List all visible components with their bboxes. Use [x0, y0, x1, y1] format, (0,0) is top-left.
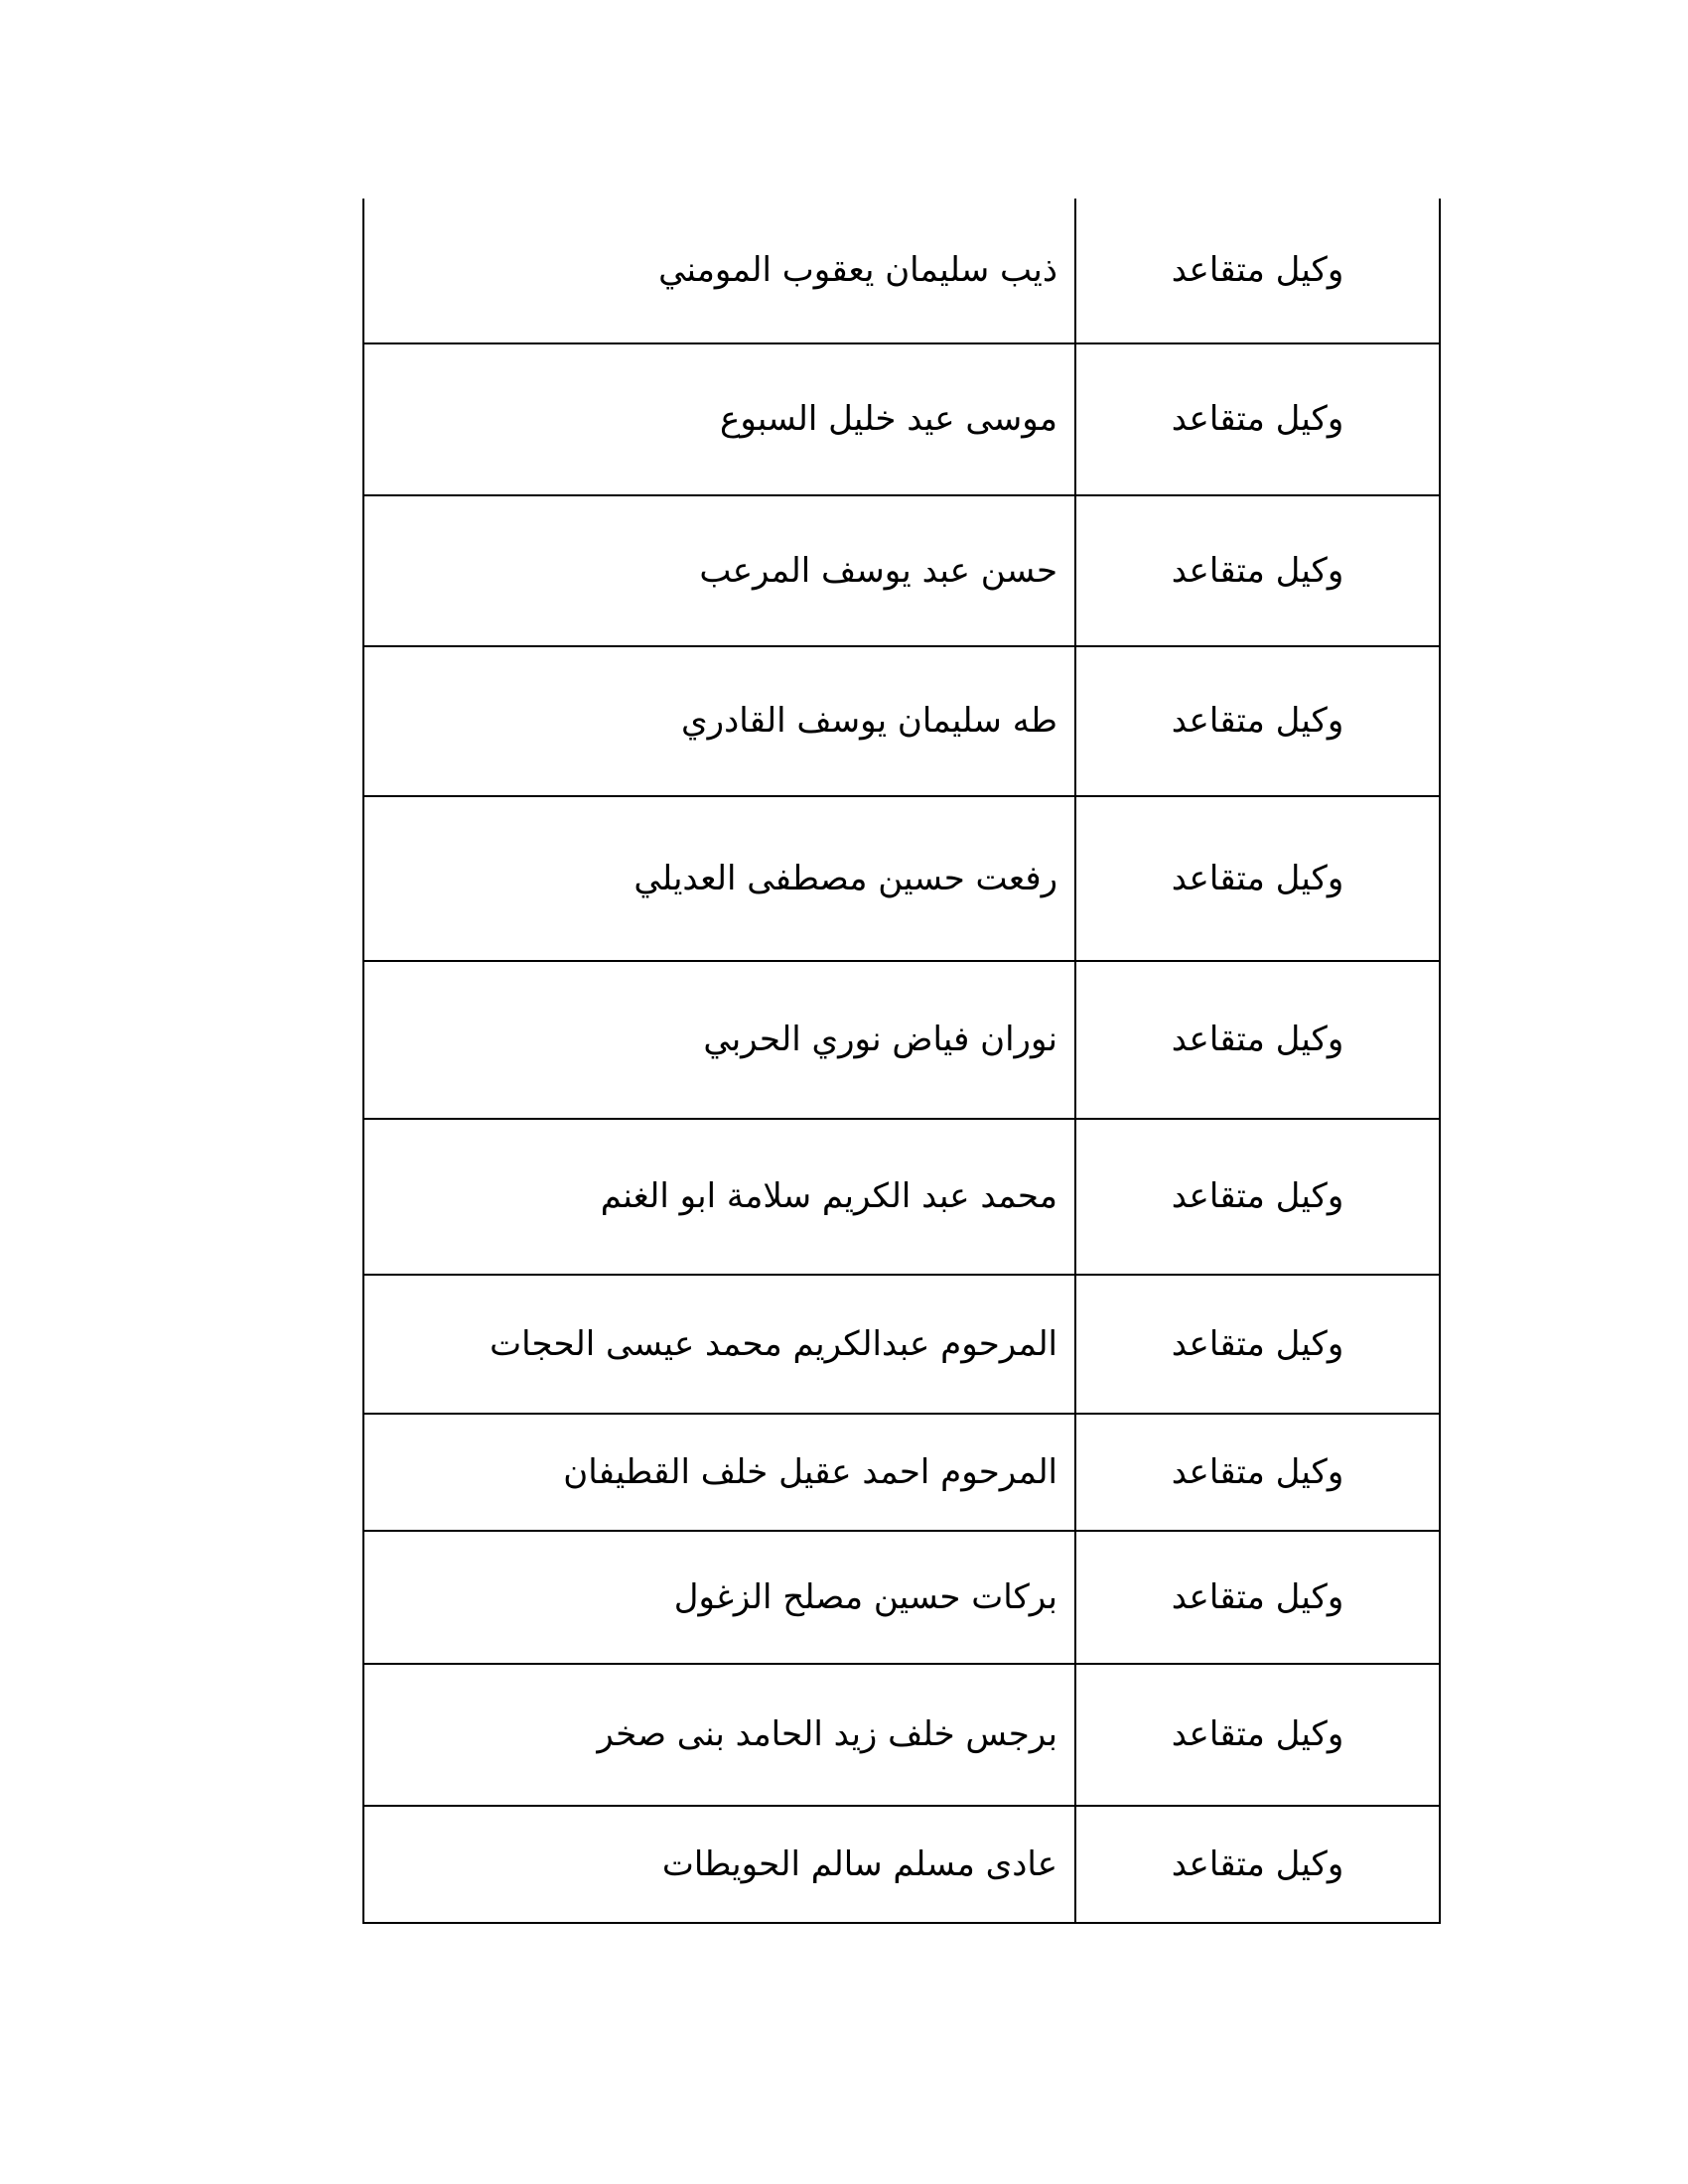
- person-name: المرحوم احمد عقيل خلف القطيفان: [563, 1451, 1057, 1494]
- rank-cell: وكيل متقاعد: [1076, 1415, 1439, 1530]
- rank-cell: وكيل متقاعد: [1076, 199, 1439, 342]
- person-name: حسن عبد يوسف المرعب: [699, 550, 1057, 593]
- person-name: المرحوم عبدالكريم محمد عيسى الحجات: [490, 1323, 1057, 1366]
- name-cell: نوران فياض نوري الحربي: [364, 962, 1076, 1118]
- table-row: رفعت حسين مصطفى العديلي وكيل متقاعد: [364, 797, 1439, 962]
- name-cell: ذيب سليمان يعقوب المومني: [364, 199, 1076, 342]
- rank-cell: وكيل متقاعد: [1076, 344, 1439, 494]
- rank-label: وكيل متقاعد: [1172, 1576, 1344, 1619]
- name-cell: طه سليمان يوسف القادري: [364, 647, 1076, 795]
- rank-cell: وكيل متقاعد: [1076, 647, 1439, 795]
- rank-label: وكيل متقاعد: [1172, 1175, 1344, 1218]
- rank-label: وكيل متقاعد: [1172, 1843, 1344, 1886]
- rank-label: وكيل متقاعد: [1172, 550, 1344, 593]
- person-name: طه سليمان يوسف القادري: [681, 700, 1057, 743]
- rank-cell: وكيل متقاعد: [1076, 962, 1439, 1118]
- person-name: عادى مسلم سالم الحويطات: [662, 1843, 1057, 1886]
- person-name: برجس خلف زيد الحامد بنى صخر: [597, 1713, 1057, 1756]
- rank-cell: وكيل متقاعد: [1076, 1532, 1439, 1663]
- person-name: رفعت حسين مصطفى العديلي: [633, 858, 1057, 900]
- rank-label: وكيل متقاعد: [1172, 1323, 1344, 1366]
- table-row: بركات حسين مصلح الزغول وكيل متقاعد: [364, 1532, 1439, 1665]
- rank-cell: وكيل متقاعد: [1076, 496, 1439, 645]
- person-name: بركات حسين مصلح الزغول: [674, 1576, 1057, 1619]
- rank-cell: وكيل متقاعد: [1076, 1276, 1439, 1413]
- rank-label: وكيل متقاعد: [1172, 1451, 1344, 1494]
- document-page: ذيب سليمان يعقوب المومني وكيل متقاعد موس…: [0, 0, 1688, 2184]
- rank-label: وكيل متقاعد: [1172, 700, 1344, 743]
- table-row: طه سليمان يوسف القادري وكيل متقاعد: [364, 647, 1439, 797]
- rank-cell: وكيل متقاعد: [1076, 797, 1439, 960]
- rank-label: وكيل متقاعد: [1172, 398, 1344, 441]
- rank-cell: وكيل متقاعد: [1076, 1665, 1439, 1805]
- table-row: موسى عيد خليل السبوع وكيل متقاعد: [364, 344, 1439, 496]
- table-row: المرحوم احمد عقيل خلف القطيفان وكيل متقا…: [364, 1415, 1439, 1532]
- name-cell: محمد عبد الكريم سلامة ابو الغنم: [364, 1120, 1076, 1274]
- table-row: المرحوم عبدالكريم محمد عيسى الحجات وكيل …: [364, 1276, 1439, 1415]
- name-cell: رفعت حسين مصطفى العديلي: [364, 797, 1076, 960]
- name-cell: بركات حسين مصلح الزغول: [364, 1532, 1076, 1663]
- table-row: حسن عبد يوسف المرعب وكيل متقاعد: [364, 496, 1439, 647]
- name-cell: برجس خلف زيد الحامد بنى صخر: [364, 1665, 1076, 1805]
- name-cell: حسن عبد يوسف المرعب: [364, 496, 1076, 645]
- name-cell: موسى عيد خليل السبوع: [364, 344, 1076, 494]
- person-name: نوران فياض نوري الحربي: [703, 1019, 1057, 1061]
- person-name: محمد عبد الكريم سلامة ابو الغنم: [601, 1175, 1057, 1218]
- table-row: عادى مسلم سالم الحويطات وكيل متقاعد: [364, 1807, 1439, 1924]
- name-cell: المرحوم احمد عقيل خلف القطيفان: [364, 1415, 1076, 1530]
- name-cell: المرحوم عبدالكريم محمد عيسى الحجات: [364, 1276, 1076, 1413]
- rank-label: وكيل متقاعد: [1172, 1019, 1344, 1061]
- person-name: موسى عيد خليل السبوع: [720, 398, 1057, 441]
- person-name: ذيب سليمان يعقوب المومني: [658, 249, 1057, 292]
- rank-label: وكيل متقاعد: [1172, 249, 1344, 292]
- name-cell: عادى مسلم سالم الحويطات: [364, 1807, 1076, 1922]
- roster-table: ذيب سليمان يعقوب المومني وكيل متقاعد موس…: [362, 199, 1441, 1924]
- table-row: محمد عبد الكريم سلامة ابو الغنم وكيل متق…: [364, 1120, 1439, 1276]
- rank-cell: وكيل متقاعد: [1076, 1807, 1439, 1922]
- rank-label: وكيل متقاعد: [1172, 1713, 1344, 1756]
- table-row: ذيب سليمان يعقوب المومني وكيل متقاعد: [364, 199, 1439, 344]
- rank-cell: وكيل متقاعد: [1076, 1120, 1439, 1274]
- table-row: نوران فياض نوري الحربي وكيل متقاعد: [364, 962, 1439, 1120]
- table-row: برجس خلف زيد الحامد بنى صخر وكيل متقاعد: [364, 1665, 1439, 1807]
- rank-label: وكيل متقاعد: [1172, 858, 1344, 900]
